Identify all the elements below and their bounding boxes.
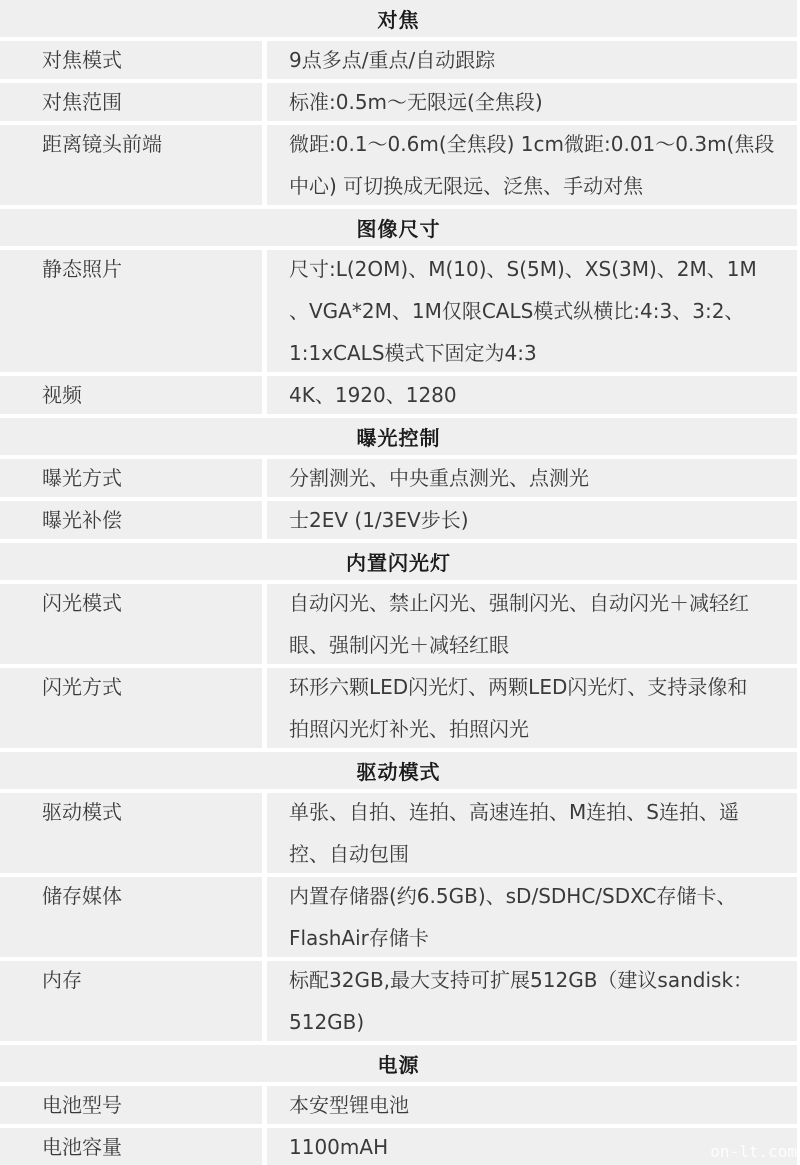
row-value: 微距:0.1～0.6m(全焦段) 1cm微距:0.01～0.3m(焦段 中心) … bbox=[289, 125, 774, 205]
row-value-cell: 士2EV (1/3EV步长) bbox=[267, 501, 797, 539]
row-value-cell: 4K、1920、1280 bbox=[267, 376, 797, 414]
row-value: 尺寸:L(2OM)、M(10)、S(5M)、XS(3M)、2M、1M 、VGA*… bbox=[289, 250, 757, 372]
row-label-cell: 视频 bbox=[0, 376, 262, 414]
table-row: 对焦范围 标准:0.5m～无限远(全焦段) bbox=[0, 83, 797, 121]
row-label: 视频 bbox=[42, 376, 82, 414]
table-row: 曝光方式 分割测光、中央重点测光、点测光 bbox=[0, 459, 797, 497]
section-title: 曝光控制 bbox=[0, 418, 797, 455]
row-value-cell: 分割测光、中央重点测光、点测光 bbox=[267, 459, 797, 497]
row-label: 储存媒体 bbox=[42, 877, 122, 917]
section-title: 电源 bbox=[0, 1045, 797, 1082]
row-label-cell: 电池容量 bbox=[0, 1128, 262, 1165]
row-value-cell: 标准:0.5m～无限远(全焦段) bbox=[267, 83, 797, 121]
row-label-cell: 曝光方式 bbox=[0, 459, 262, 497]
table-row: 曝光补偿 士2EV (1/3EV步长) bbox=[0, 501, 797, 539]
row-value: 9点多点/重点/自动跟踪 bbox=[289, 41, 495, 79]
row-label: 闪光方式 bbox=[42, 668, 122, 708]
row-label-cell: 电池型号 bbox=[0, 1086, 262, 1124]
section-title: 对焦 bbox=[0, 0, 797, 37]
table-row: 对焦模式 9点多点/重点/自动跟踪 bbox=[0, 41, 797, 79]
row-label: 电池型号 bbox=[42, 1086, 122, 1124]
row-label-cell: 闪光模式 bbox=[0, 584, 262, 664]
row-value: 内置存储器(约6.5GB)、sD/SDHC/SDXC存储卡、 FlashAir存… bbox=[289, 877, 736, 957]
row-label-cell: 驱动模式 bbox=[0, 793, 262, 873]
row-label-cell: 储存媒体 bbox=[0, 877, 262, 957]
row-label-cell: 曝光补偿 bbox=[0, 501, 262, 539]
row-value: 4K、1920、1280 bbox=[289, 376, 457, 414]
table-row: 储存媒体 内置存储器(约6.5GB)、sD/SDHC/SDXC存储卡、 Flas… bbox=[0, 877, 797, 957]
row-label: 距离镜头前端 bbox=[42, 125, 162, 165]
row-label: 内存 bbox=[42, 961, 82, 1001]
table-row: 内存 标配32GB,最大支持可扩展512GB（建议sandisk： 512GB) bbox=[0, 961, 797, 1041]
section-title: 图像尺寸 bbox=[0, 209, 797, 246]
table-row: 视频 4K、1920、1280 bbox=[0, 376, 797, 414]
row-value: 1100mAH bbox=[289, 1128, 388, 1165]
row-value: 环形六颗LED闪光灯、两颗LED闪光灯、支持录像和 拍照闪光灯补光、拍照闪光 bbox=[289, 668, 747, 748]
row-value: 分割测光、中央重点测光、点测光 bbox=[289, 459, 589, 497]
section-title: 驱动模式 bbox=[0, 752, 797, 789]
spec-table: 对焦 对焦模式 9点多点/重点/自动跟踪 对焦范围 标准:0.5m～无限远(全焦… bbox=[0, 0, 797, 1165]
row-label: 对焦范围 bbox=[42, 83, 122, 121]
table-row: 静态照片 尺寸:L(2OM)、M(10)、S(5M)、XS(3M)、2M、1M … bbox=[0, 250, 797, 372]
row-value-cell: 本安型锂电池 bbox=[267, 1086, 797, 1124]
row-value-cell: 单张、自拍、连拍、高速连拍、M连拍、S连拍、遥 控、自动包围 bbox=[267, 793, 797, 873]
row-label-cell: 对焦模式 bbox=[0, 41, 262, 79]
row-value: 自动闪光、禁止闪光、强制闪光、自动闪光＋减轻红 眼、强制闪光＋减轻红眼 bbox=[289, 584, 749, 664]
row-label-cell: 距离镜头前端 bbox=[0, 125, 262, 205]
row-label: 驱动模式 bbox=[42, 793, 122, 833]
row-value: 本安型锂电池 bbox=[289, 1086, 409, 1124]
row-value: 标准:0.5m～无限远(全焦段) bbox=[289, 83, 543, 121]
row-value-cell: 9点多点/重点/自动跟踪 bbox=[267, 41, 797, 79]
row-label-cell: 静态照片 bbox=[0, 250, 262, 372]
row-value-cell: 内置存储器(约6.5GB)、sD/SDHC/SDXC存储卡、 FlashAir存… bbox=[267, 877, 797, 957]
row-value-cell: 微距:0.1～0.6m(全焦段) 1cm微距:0.01～0.3m(焦段 中心) … bbox=[267, 125, 797, 205]
row-value: 标配32GB,最大支持可扩展512GB（建议sandisk： 512GB) bbox=[289, 961, 753, 1041]
table-row: 电池型号 本安型锂电池 bbox=[0, 1086, 797, 1124]
row-label: 电池容量 bbox=[42, 1128, 122, 1165]
row-label-cell: 对焦范围 bbox=[0, 83, 262, 121]
row-value: 士2EV (1/3EV步长) bbox=[289, 501, 469, 539]
table-row: 距离镜头前端 微距:0.1～0.6m(全焦段) 1cm微距:0.01～0.3m(… bbox=[0, 125, 797, 205]
table-row: 闪光方式 环形六颗LED闪光灯、两颗LED闪光灯、支持录像和 拍照闪光灯补光、拍… bbox=[0, 668, 797, 748]
row-value-cell: 标配32GB,最大支持可扩展512GB（建议sandisk： 512GB) bbox=[267, 961, 797, 1041]
row-label: 对焦模式 bbox=[42, 41, 122, 79]
table-row: 电池容量 1100mAH bbox=[0, 1128, 797, 1165]
row-value-cell: 自动闪光、禁止闪光、强制闪光、自动闪光＋减轻红 眼、强制闪光＋减轻红眼 bbox=[267, 584, 797, 664]
row-label: 曝光补偿 bbox=[42, 501, 122, 539]
table-row: 闪光模式 自动闪光、禁止闪光、强制闪光、自动闪光＋减轻红 眼、强制闪光＋减轻红眼 bbox=[0, 584, 797, 664]
row-label: 静态照片 bbox=[42, 250, 122, 290]
row-label-cell: 闪光方式 bbox=[0, 668, 262, 748]
row-value-cell: 环形六颗LED闪光灯、两颗LED闪光灯、支持录像和 拍照闪光灯补光、拍照闪光 bbox=[267, 668, 797, 748]
row-value: 单张、自拍、连拍、高速连拍、M连拍、S连拍、遥 控、自动包围 bbox=[289, 793, 739, 873]
section-title: 内置闪光灯 bbox=[0, 543, 797, 580]
table-row: 驱动模式 单张、自拍、连拍、高速连拍、M连拍、S连拍、遥 控、自动包围 bbox=[0, 793, 797, 873]
row-label-cell: 内存 bbox=[0, 961, 262, 1041]
row-value-cell: 尺寸:L(2OM)、M(10)、S(5M)、XS(3M)、2M、1M 、VGA*… bbox=[267, 250, 797, 372]
row-label: 曝光方式 bbox=[42, 459, 122, 497]
watermark: on-lt.com bbox=[710, 1142, 797, 1161]
row-label: 闪光模式 bbox=[42, 584, 122, 624]
